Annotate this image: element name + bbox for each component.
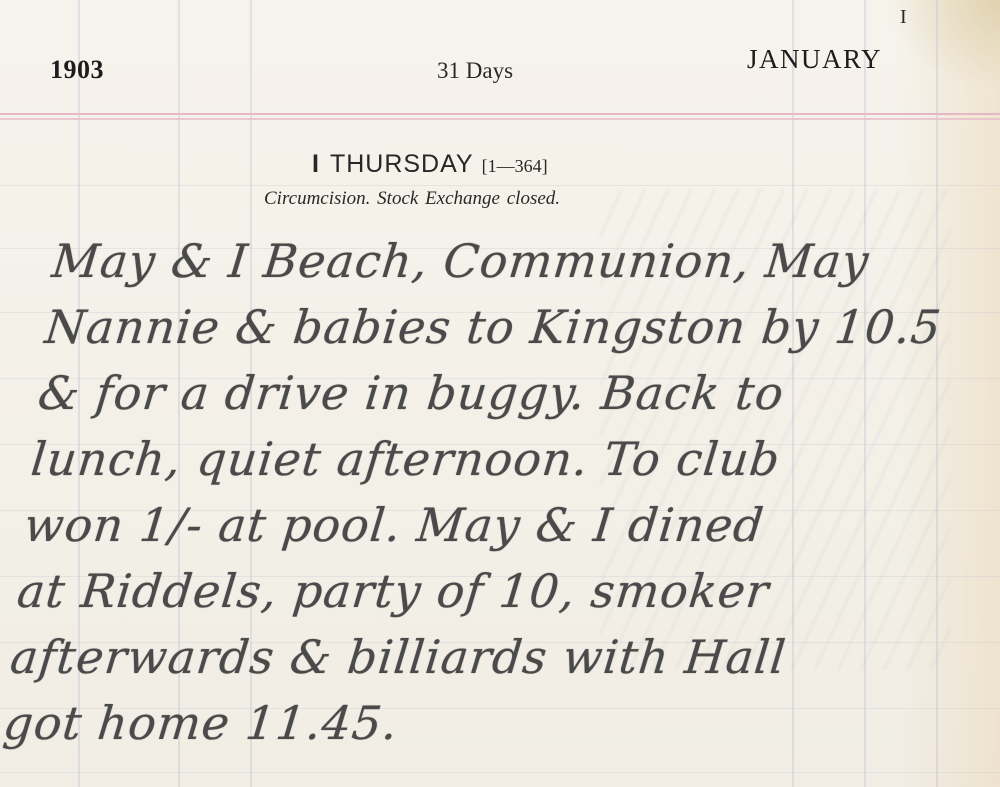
entry-line: May & I Beach, Communion, May	[49, 228, 1000, 294]
entry-line: afterwards & billiards with Hall	[7, 624, 964, 690]
entry-line: at Riddels, party of 10, smoker	[14, 558, 971, 624]
line-rule	[0, 185, 1000, 186]
day-note: Circumcision. Stock Exchange closed.	[264, 188, 560, 210]
header-days-in-month: 31 Days	[437, 58, 513, 84]
day-heading: ITHURSDAY[1—364]	[312, 150, 548, 179]
page-number: I	[900, 6, 907, 29]
day-weekday: THURSDAY	[330, 150, 474, 178]
diary-page: I 1903 31 Days JANUARY ITHURSDAY[1—364] …	[0, 0, 1000, 787]
header-year: 1903	[50, 55, 104, 85]
entry-line: got home 11.45.	[0, 690, 957, 756]
day-of-year-range: [1—364]	[482, 156, 548, 176]
entry-line: Nannie & babies to Kingston by 10.5	[42, 294, 999, 360]
header-divider	[0, 118, 1000, 120]
day-number: I	[312, 150, 320, 178]
handwritten-entry: May & I Beach, Communion, May Nannie & b…	[0, 228, 1000, 756]
entry-line: lunch, quiet afternoon. To club	[28, 426, 985, 492]
line-rule	[0, 772, 1000, 773]
header-month: JANUARY	[747, 44, 882, 75]
header-divider	[0, 113, 1000, 115]
entry-line: won 1/- at pool. May & I dined	[21, 492, 978, 558]
entry-line: & for a drive in buggy. Back to	[35, 360, 992, 426]
